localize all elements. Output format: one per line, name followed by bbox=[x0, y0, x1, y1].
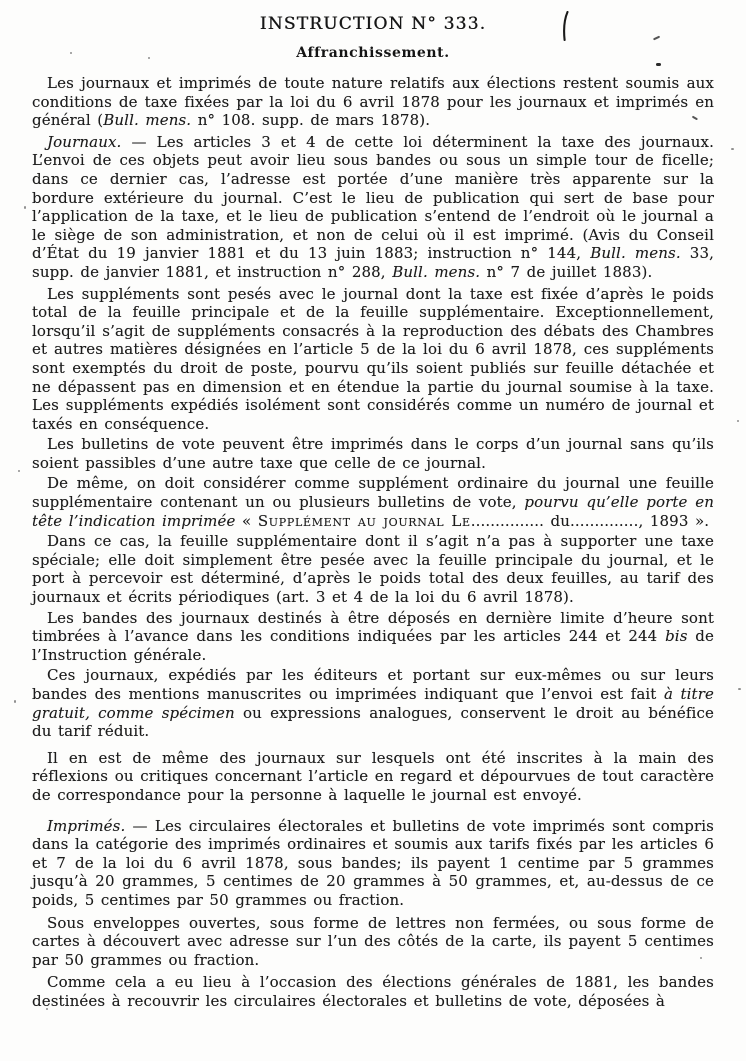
ink-speck bbox=[731, 148, 734, 150]
text-segment: Journaux. bbox=[47, 133, 121, 151]
text-segment: « bbox=[242, 512, 258, 530]
ink-speck bbox=[148, 57, 150, 59]
ink-speck bbox=[14, 700, 16, 703]
text-segment: n° 7 de juillet 1883). bbox=[480, 263, 652, 281]
text-segment: — Les articles 3 et 4 de cette loi déter… bbox=[32, 133, 714, 263]
paragraph: Les bandes des journaux destinés à être … bbox=[32, 609, 714, 665]
ink-speck bbox=[70, 52, 72, 54]
document-content: INSTRUCTION N° 333. Affranchissement. Le… bbox=[32, 14, 714, 1011]
ink-speck bbox=[24, 206, 26, 209]
text-segment: Sous enveloppes ouvertes, sous forme de … bbox=[32, 914, 714, 969]
ink-speck bbox=[737, 420, 739, 422]
text-segment: Les bulletins de vote peuvent être impri… bbox=[32, 435, 714, 472]
paragraph: Imprimés. — Les circulaires électorales … bbox=[32, 817, 714, 910]
text-segment: Bull. mens. bbox=[103, 111, 191, 129]
ink-speck bbox=[46, 1008, 48, 1010]
page-title: INSTRUCTION N° 333. bbox=[32, 14, 714, 34]
text-segment: Il en est de même des journaux sur lesqu… bbox=[32, 749, 714, 804]
text-segment: Comme cela a eu lieu à l’occasion des él… bbox=[32, 973, 714, 1010]
scanned-document-page: INSTRUCTION N° 333. Affranchissement. Le… bbox=[0, 0, 746, 1061]
text-segment: bis bbox=[665, 627, 687, 645]
paragraph: Ces journaux, expédiés par les éditeurs … bbox=[32, 666, 714, 740]
ink-stroke-mark bbox=[560, 11, 572, 43]
paragraph: Les journaux et imprimés de toute nature… bbox=[32, 74, 714, 130]
ink-speck bbox=[700, 957, 702, 959]
text-segment: Bull. mens. bbox=[392, 263, 480, 281]
ink-speck bbox=[738, 688, 741, 690]
text-segment: n° 108. supp. de mars 1878). bbox=[191, 111, 430, 129]
paragraph: Les suppléments sont pesés avec le journ… bbox=[32, 285, 714, 434]
paragraph: Comme cela a eu lieu à l’occasion des él… bbox=[32, 973, 714, 1010]
text-segment: Imprimés. bbox=[47, 817, 125, 835]
paragraph: Il en est de même des journaux sur lesqu… bbox=[32, 749, 714, 805]
text-segment: Bull. mens. bbox=[590, 244, 681, 262]
text-segment: Ces journaux, expédiés par les éditeurs … bbox=[32, 666, 714, 703]
ink-speck bbox=[18, 470, 20, 472]
ink-speck bbox=[656, 63, 661, 66]
text-segment: ............... du.............., 1893 »… bbox=[471, 512, 709, 530]
paragraph: Dans ce cas, la feuille supplémentaire d… bbox=[32, 532, 714, 606]
text-segment: — Les circulaires électorales et bulleti… bbox=[32, 817, 714, 909]
paragraph: Les bulletins de vote peuvent être impri… bbox=[32, 435, 714, 472]
paragraph: Sous enveloppes ouvertes, sous forme de … bbox=[32, 914, 714, 970]
paragraphs: Les journaux et imprimés de toute nature… bbox=[32, 74, 714, 1011]
text-segment: Dans ce cas, la feuille supplémentaire d… bbox=[32, 532, 714, 606]
text-segment: Les bandes des journaux destinés à être … bbox=[32, 609, 714, 646]
paragraph: Journaux. — Les articles 3 et 4 de cette… bbox=[32, 133, 714, 282]
text-segment: Les suppléments sont pesés avec le journ… bbox=[32, 285, 714, 433]
page-subtitle: Affranchissement. bbox=[32, 45, 714, 61]
paragraph: De même, on doit considérer comme supplé… bbox=[32, 474, 714, 530]
text-segment: Supplément au journal Le bbox=[258, 512, 471, 530]
